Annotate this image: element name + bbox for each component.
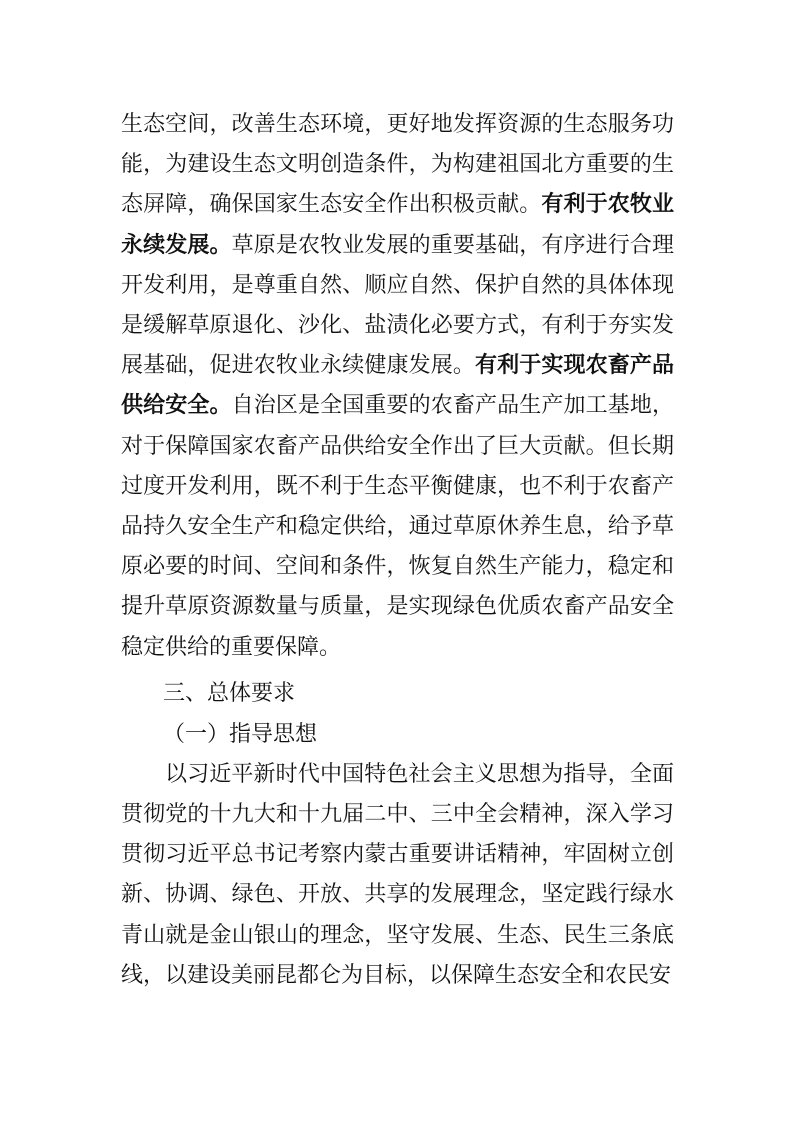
- section-heading: 三、总体要求: [121, 673, 674, 714]
- subsection-heading: （一）指导思想: [121, 714, 674, 755]
- paragraph-text: 自治区是全国重要的农畜产品生产加工基地，对于保障国家农畜产品供给安全作出了巨大贡…: [121, 393, 674, 659]
- body-paragraph-guiding-ideology: 以习近平新时代中国特色社会主义思想为指导，全面贯彻党的十九大和十九届二中、三中全…: [121, 755, 674, 996]
- document-page: 生态空间，改善生态环境，更好地发挥资源的生态服务功能，为建设生态文明创造条件，为…: [121, 105, 674, 996]
- body-paragraph-benefits: 生态空间，改善生态环境，更好地发挥资源的生态服务功能，为建设生态文明创造条件，为…: [121, 105, 674, 668]
